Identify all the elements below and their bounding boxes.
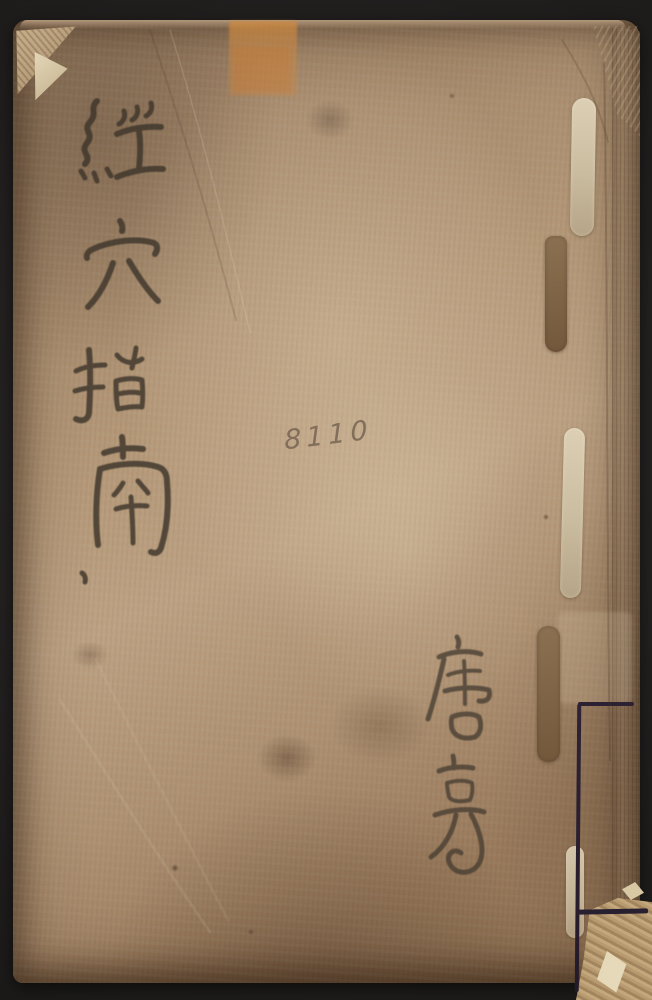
signature-char-1: 唐 bbox=[428, 640, 500, 712]
paper-twist-2 bbox=[545, 236, 567, 352]
paper-twist-1 bbox=[570, 98, 596, 236]
light-paper-patch bbox=[558, 612, 632, 704]
orange-stamp-inner bbox=[233, 47, 290, 92]
title-char-4: 南 bbox=[88, 440, 172, 524]
binding-thread-horizontal-top bbox=[578, 702, 634, 706]
photo-backdrop: 經 穴 指 南 唐 堯 8110 bbox=[0, 0, 652, 1000]
title-char-1: 經 bbox=[74, 100, 158, 184]
page-block-edge bbox=[612, 28, 638, 972]
top-edge-highlight bbox=[20, 20, 626, 29]
paper-twist-3 bbox=[560, 428, 585, 598]
title-char-3: 指 bbox=[73, 348, 157, 432]
paper-twist-4 bbox=[537, 626, 560, 762]
title-char-2: 穴 bbox=[80, 222, 164, 306]
signature-char-2: 堯 bbox=[428, 758, 500, 830]
